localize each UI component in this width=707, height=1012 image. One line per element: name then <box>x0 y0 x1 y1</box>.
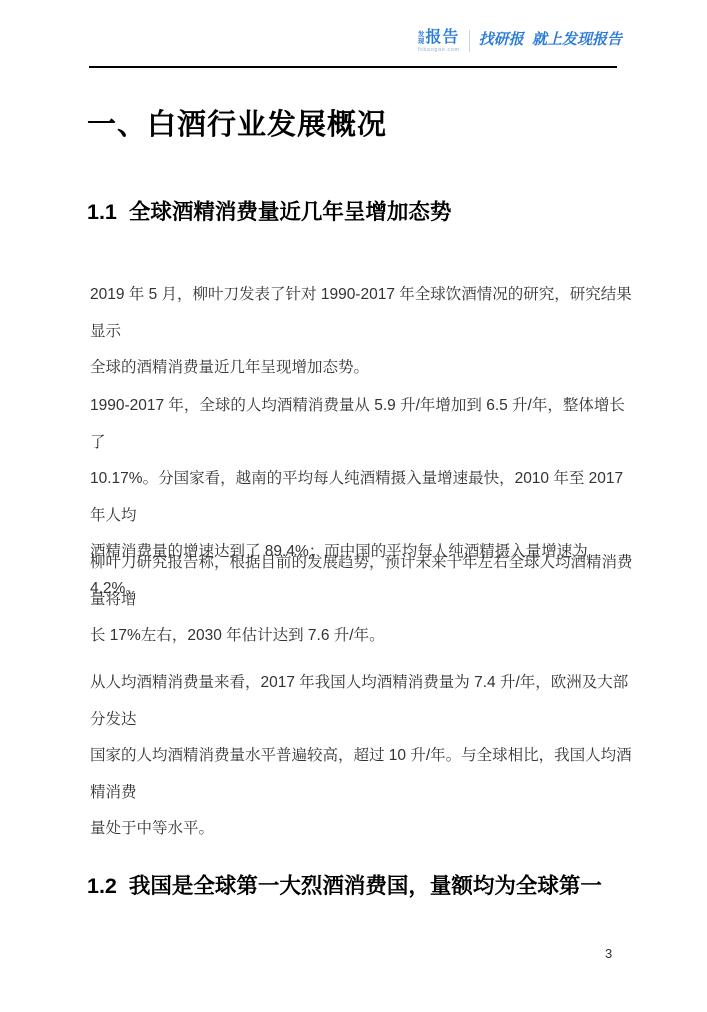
paragraph-4: 从人均酒精消费量来看，2017 年我国人均酒精消费量为 7.4 升/年，欧洲及大… <box>90 665 635 848</box>
page-number: 3 <box>605 946 612 962</box>
brand-block: 发 现 报告 fxbaogao.com <box>418 29 460 54</box>
paragraph-1: 2019 年 5 月，柳叶刀发表了针对 1990-2017 年全球饮酒情况的研究… <box>90 277 635 387</box>
brand-stacked-char-1: 发 <box>418 31 425 38</box>
brand-stacked-chars: 发 现 <box>418 31 425 45</box>
document-page: 发 现 报告 fxbaogao.com 找研报 就上发现报告 一、白酒行业发展概… <box>0 0 707 1012</box>
brand-domain: fxbaogao.com <box>418 47 460 54</box>
paragraph-3: 柳叶刀研究报告称，根据目前的发展趋势，预计未来十年左右全球人均酒精消费量将增 长… <box>90 545 635 655</box>
brand-wordmark: 报告 <box>425 29 459 46</box>
brand-stacked-char-2: 现 <box>418 38 425 45</box>
header-rule <box>89 66 617 68</box>
logo-divider <box>469 30 470 52</box>
site-logo: 发 现 报告 fxbaogao.com 找研报 就上发现报告 <box>418 29 622 54</box>
section-heading-1-2: 1.2 我国是全球第一大烈酒消费国，量额均为全球第一 <box>87 871 602 901</box>
section-heading-1-1: 1.1 全球酒精消费量近几年呈增加态势 <box>87 197 451 227</box>
brand-slogan: 找研报 就上发现报告 <box>479 29 622 50</box>
brand-row: 发 现 报告 <box>418 29 460 46</box>
chapter-title: 一、白酒行业发展概况 <box>87 106 387 144</box>
